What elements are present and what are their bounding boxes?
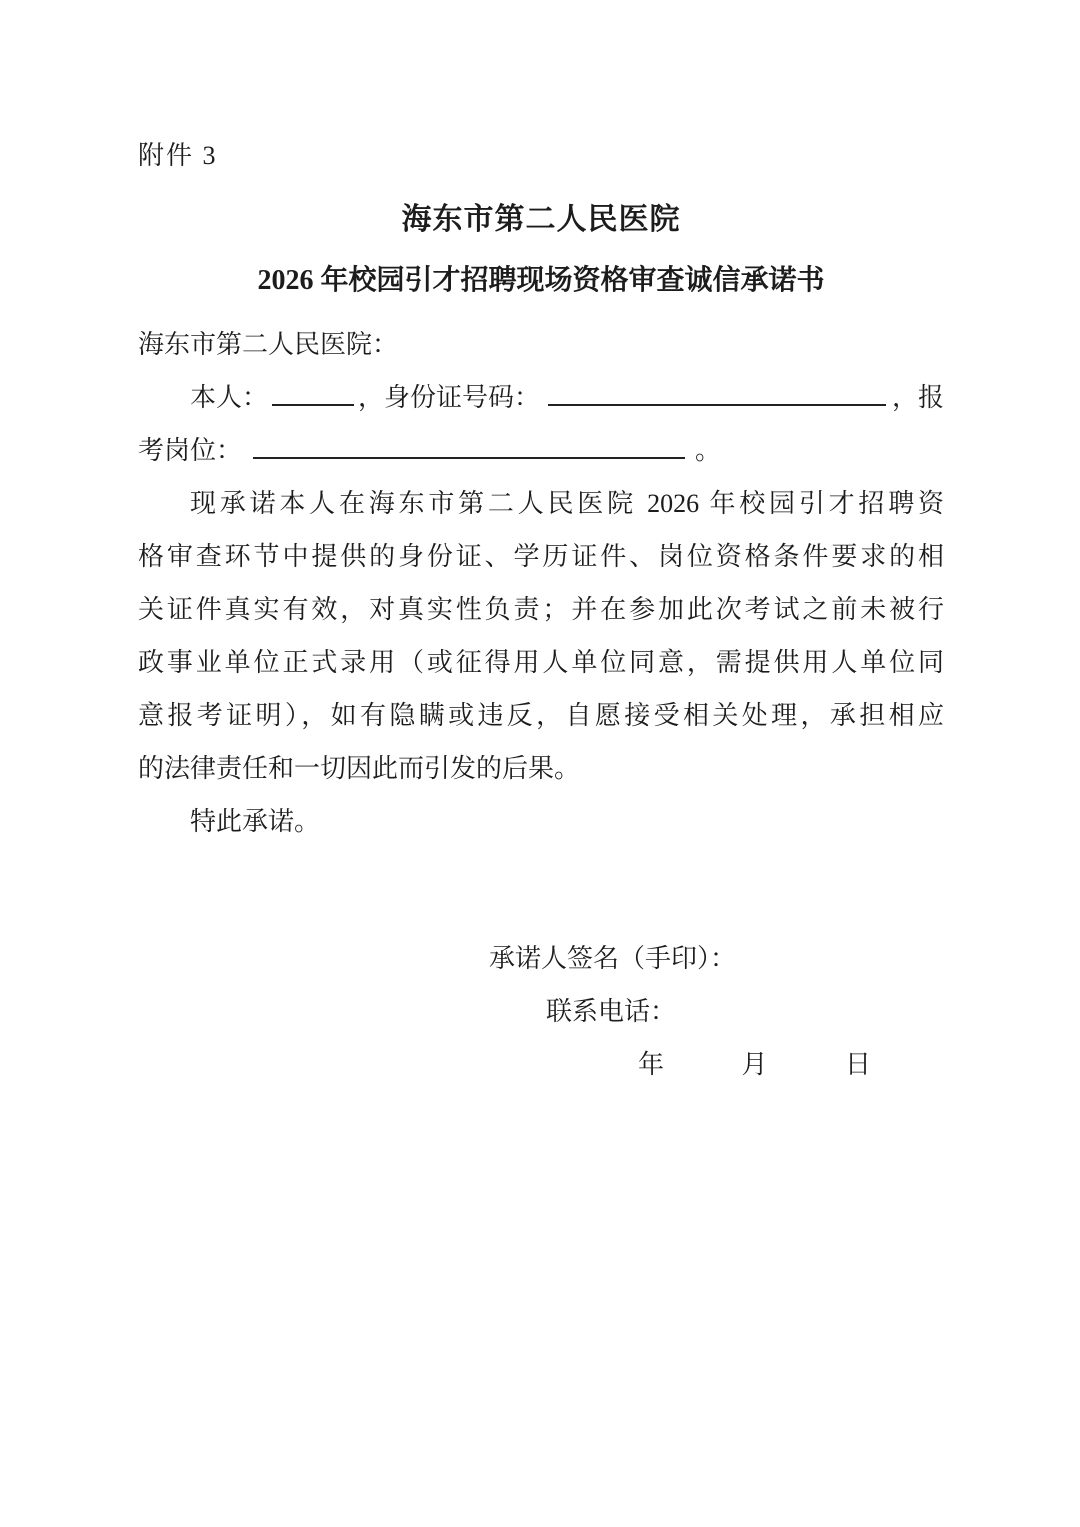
commitment-paragraph-line-4: 政事业单位正式录用（或征得用人单位同意，需提供用人单位同 [138, 636, 944, 689]
position-blank [253, 457, 685, 459]
commitment-paragraph-line-5: 意报考证明），如有隐瞒或违反，自愿接受相关处理，承担相应 [138, 689, 944, 742]
document-body: 海东市第二人民医院： 本人： ，身份证号码： ，报 考岗位： 。 现承诺本人在海… [138, 318, 944, 848]
id-number-field-label: ，身份证号码： [358, 371, 540, 424]
name-field-label: 本人： [190, 371, 268, 424]
position-label-part1: ，报 [892, 371, 944, 424]
document-title-main: 2026 年校园引才招聘现场资格审查诚信承诺书 [138, 264, 944, 298]
salutation: 海东市第二人民医院： [138, 318, 944, 371]
document-page: 附件 3 海东市第二人民医院 2026 年校园引才招聘现场资格审查诚信承诺书 海… [0, 0, 1080, 1527]
document-title-org: 海东市第二人民医院 [138, 202, 944, 238]
position-line-period: 。 [695, 436, 721, 465]
id-number-blank [548, 404, 886, 406]
date-year-label: 年 [638, 1050, 664, 1079]
date-month-label: 月 [742, 1050, 768, 1079]
signer-signature-label: 承诺人签名（手印）： [489, 932, 944, 985]
attachment-label: 附件 3 [138, 140, 944, 172]
form-line-name-id: 本人： ，身份证号码： ，报 [138, 371, 944, 424]
name-blank [272, 404, 354, 406]
signature-block: 承诺人签名（手印）： 联系电话： 年 月 日 [138, 932, 944, 1091]
date-line: 年 月 日 [638, 1038, 944, 1091]
commitment-paragraph-line-3: 关证件真实有效，对真实性负责；并在参加此次考试之前未被行 [138, 583, 944, 636]
commitment-paragraph-line-6: 的法律责任和一切因此而引发的后果。 [138, 742, 944, 795]
contact-phone-label: 联系电话： [546, 985, 944, 1038]
closing-statement: 特此承诺。 [138, 795, 944, 848]
position-label-part2: 考岗位： [138, 436, 242, 465]
form-line-position: 考岗位： 。 [138, 424, 944, 477]
commitment-paragraph-line-2: 格审查环节中提供的身份证、学历证件、岗位资格条件要求的相 [138, 530, 944, 583]
commitment-paragraph-line-1: 现承诺本人在海东市第二人民医院 2026 年校园引才招聘资 [138, 477, 944, 530]
date-day-label: 日 [845, 1050, 871, 1079]
